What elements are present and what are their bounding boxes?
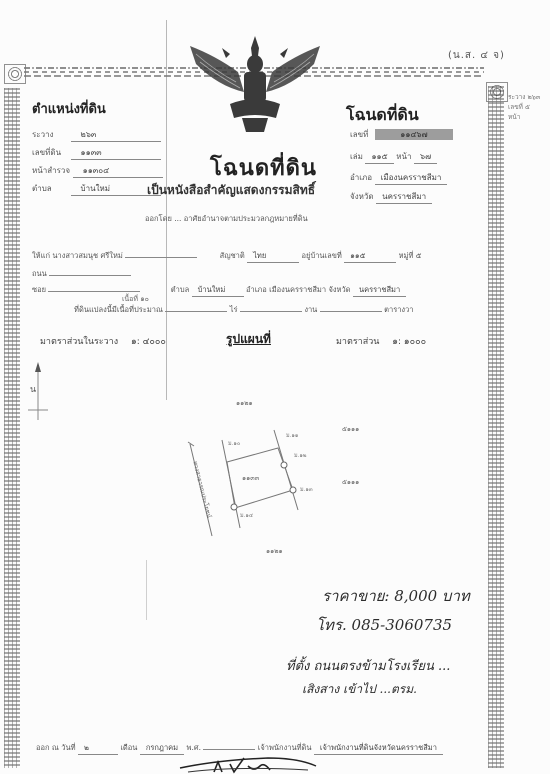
district-label: อำเภอ bbox=[350, 173, 372, 182]
document-subtitle: เป็นหนังสือสำคัญแสดงกรรมสิทธิ์ bbox=[147, 181, 315, 200]
area-label: ที่ดินแปลงนี้มีเนื้อที่ประมาณ bbox=[74, 305, 163, 314]
document-title: โฉนดที่ดิน bbox=[210, 150, 317, 185]
soi-value bbox=[48, 291, 140, 292]
field-value: ๒๖๓ bbox=[71, 128, 161, 142]
deed-number-label: เลขที่ bbox=[350, 130, 368, 139]
area-wa-value bbox=[320, 311, 382, 312]
area-row: ที่ดินแปลงนี้มีเนื้อที่ประมาณ ไร่ งาน ตา… bbox=[74, 304, 414, 316]
road-value bbox=[49, 275, 131, 276]
handwritten-location: ที่ตั้ง ถนนตรงข้ามโรงเรียน ... bbox=[286, 655, 450, 676]
scale-label: มาตราส่วน bbox=[336, 337, 379, 347]
handwritten-phone: โทร. 085-3060735 bbox=[316, 613, 452, 637]
map-marker-label: ม.๑๑ bbox=[286, 432, 298, 440]
deed-number-value: ๑๑๔๖๗ bbox=[375, 129, 453, 140]
province-label: จังหวัด bbox=[328, 285, 350, 294]
blank-line bbox=[125, 257, 197, 258]
wa-label: ตารางวา bbox=[384, 305, 413, 314]
field-label: หน้าสำรวจ bbox=[32, 164, 70, 177]
address-label: อยู่บ้านเลขที่ bbox=[302, 251, 342, 260]
book-label: เล่ม bbox=[350, 152, 363, 161]
nationality-value: ไทย bbox=[247, 250, 299, 263]
nationality-label: สัญชาติ bbox=[220, 251, 245, 260]
decorative-border-left bbox=[4, 88, 20, 768]
field-sheet-number: ระวาง ๒๖๓ bbox=[32, 128, 161, 142]
map-marker-label: ม.๑๐ bbox=[228, 440, 240, 448]
book-page-row: เล่ม ๑๑๕ หน้า ๖๗ bbox=[350, 150, 437, 164]
moo-value: ๕ bbox=[416, 251, 422, 260]
decorative-border-right bbox=[488, 86, 504, 768]
field-label: ตำบล bbox=[32, 182, 68, 195]
official-value: เจ้าพนักงานที่ดินจังหวัดนครราชสีมา bbox=[314, 742, 443, 755]
issued-by-line: ออกโดย ... อาศัยอำนาจตามประมวลกฎหมายที่ด… bbox=[145, 213, 308, 225]
map-label-top: ๑๑๒๑ bbox=[236, 398, 253, 408]
handwritten-price: ราคาขาย: 8,000 บาท bbox=[322, 584, 470, 608]
signature-icon bbox=[178, 752, 318, 774]
garuda-emblem-icon bbox=[186, 34, 324, 138]
map-label-parcel: ๑๑๓๓ bbox=[242, 473, 259, 483]
map-label-right-bottom: ๕๑๑๑ bbox=[342, 477, 359, 487]
road-row: ถนน bbox=[32, 268, 131, 280]
address-value: ๑๑๕ bbox=[344, 250, 396, 263]
page-value: ๖๗ bbox=[414, 150, 437, 164]
province-value: นครราชสีมา bbox=[376, 190, 432, 204]
owner-label: ให้แก่ bbox=[32, 251, 50, 260]
map-marker-label: ม.๑๒ bbox=[294, 452, 307, 460]
issued-at-label: ออก ณ วันที่ bbox=[36, 743, 76, 752]
owner-row: ให้แก่ นางสาวสมนุช ศรีใหม่ สัญชาติ ไทย อ… bbox=[32, 250, 421, 263]
ngan-label: งาน bbox=[304, 305, 317, 314]
book-value: ๑๑๕ bbox=[365, 150, 393, 164]
month-label: เดือน bbox=[120, 743, 137, 752]
field-land-number: เลขที่ดิน ๑๑๓๓ bbox=[32, 146, 161, 160]
fold-line bbox=[146, 560, 147, 620]
scale-value: ๑: ๑๐๐๐ bbox=[392, 337, 426, 347]
area-rai-value bbox=[165, 311, 227, 312]
subdistrict-value: บ้านใหม่ bbox=[192, 284, 244, 297]
map-marker-label: ม.๑๔ bbox=[240, 512, 253, 520]
province-row: จังหวัด นครราชสีมา bbox=[350, 190, 432, 204]
year-label: พ.ศ. bbox=[187, 743, 201, 752]
page-label: หน้า bbox=[396, 152, 411, 161]
soi-row: ซอย ตำบล บ้านใหม่ อำเภอ เมืองนครราชสีมา … bbox=[32, 284, 406, 297]
border-corner-ornament bbox=[4, 64, 26, 84]
margin-stamp-line: ระวาง ๒๖๓ bbox=[508, 92, 540, 102]
day-value: ๒ bbox=[78, 742, 118, 755]
district-label: อำเภอ bbox=[246, 285, 267, 294]
district-value: เมืองนครราชสีมา bbox=[375, 171, 448, 185]
form-number: (น.ส. ๔ จ) bbox=[448, 48, 505, 63]
plan-title: รูปแผนที่ bbox=[226, 330, 271, 349]
moo-label: หมู่ที่ bbox=[399, 251, 414, 260]
province-value: นครราชสีมา bbox=[353, 284, 406, 297]
subdistrict-label: ตำบล bbox=[171, 285, 189, 294]
land-position-heading: ตำแหน่งที่ดิน bbox=[32, 98, 106, 119]
land-title-deed: ระวาง ๒๖๓ เลขที่ ๕ หน้า (น.ส. ๔ จ) ตำแหน… bbox=[0, 0, 550, 774]
map-scale-left: มาตราส่วนในระวาง ๑: ๔๐๐๐ bbox=[40, 334, 166, 348]
map-marker-label: ม.๑๓ bbox=[300, 486, 313, 494]
margin-stamp-line: เลขที่ ๕ bbox=[508, 102, 540, 112]
field-value: ๑๑๓๓ bbox=[71, 146, 161, 160]
province-label: จังหวัด bbox=[350, 192, 374, 201]
deed-heading: โฉนดที่ดิน bbox=[346, 103, 419, 128]
deed-number-row: เลขที่ ๑๑๔๖๗ bbox=[350, 128, 453, 141]
district-row: อำเภอ เมืองนครราชสีมา bbox=[350, 171, 447, 185]
scale-value: ๑: ๔๐๐๐ bbox=[131, 337, 166, 347]
rai-label: ไร่ bbox=[230, 305, 238, 314]
map-label-right-top: ๕๑๑๑ bbox=[342, 424, 359, 434]
scale-label: มาตราส่วนในระวาง bbox=[40, 337, 118, 347]
margin-stamp-line: หน้า bbox=[508, 112, 540, 122]
field-label: เลขที่ดิน bbox=[32, 146, 68, 159]
area-ngan-value bbox=[240, 311, 302, 312]
field-label: ระวาง bbox=[32, 128, 68, 141]
handwritten-location: เสิงสาง เข้าไป ...ตรม. bbox=[302, 680, 417, 699]
parcel-map bbox=[150, 380, 410, 560]
owner-value: นางสาวสมนุช ศรีใหม่ bbox=[52, 251, 122, 260]
soi-label: ซอย bbox=[32, 285, 46, 294]
plan-scale-right: มาตราส่วน ๑: ๑๐๐๐ bbox=[336, 334, 426, 348]
margin-stamp: ระวาง ๒๖๓ เลขที่ ๕ หน้า bbox=[508, 92, 540, 122]
official-label: เจ้าพนักงานที่ดิน bbox=[258, 743, 312, 752]
field-survey-page: หน้าสำรวจ ๑๑๓๐๔ bbox=[32, 164, 163, 178]
district-value: เมืองนครราชสีมา bbox=[269, 285, 326, 294]
map-label-bottom: ๑๑๒๑ bbox=[266, 546, 283, 556]
road-label: ถนน bbox=[32, 269, 47, 278]
area-note: เนื้อที่ ๑๐ bbox=[122, 294, 149, 305]
year-value bbox=[203, 749, 255, 750]
field-subdistrict: ตำบล บ้านใหม่ bbox=[32, 182, 161, 196]
field-value: ๑๑๓๐๔ bbox=[73, 164, 163, 178]
north-label: น bbox=[30, 382, 36, 396]
